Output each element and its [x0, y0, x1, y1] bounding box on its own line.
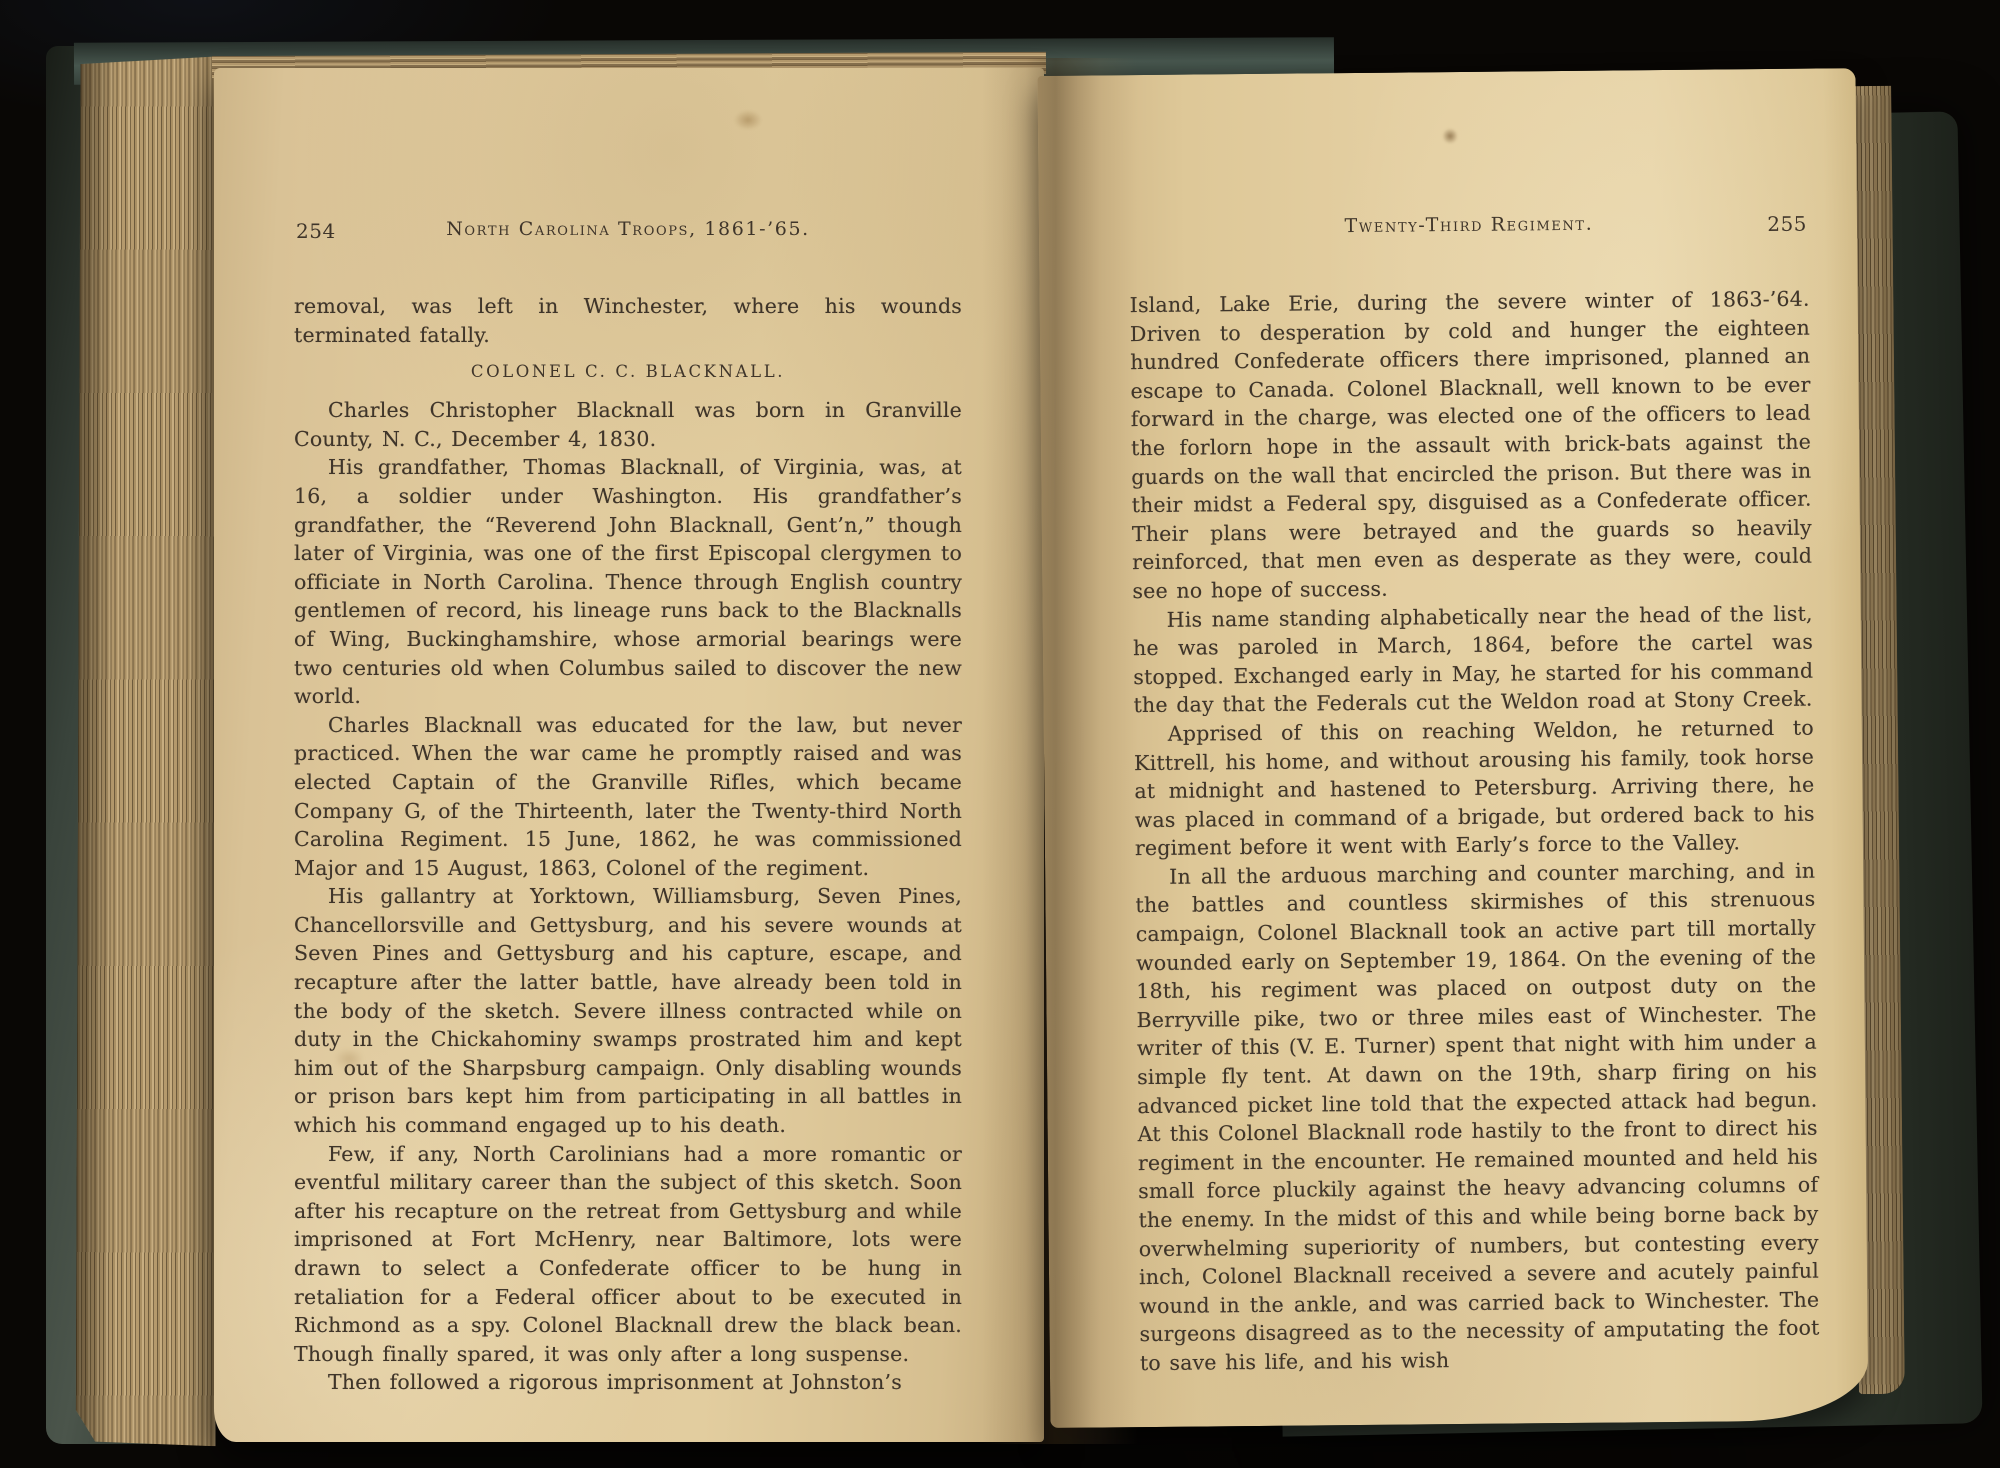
paragraph: Then followed a rigorous imprisonment at…	[294, 1368, 962, 1397]
page-edges-left	[76, 56, 221, 1446]
foxing-spot	[1442, 128, 1458, 144]
page-number-right: 255	[1767, 212, 1807, 236]
paragraph: His grandfather, Thomas Blacknall, of Vi…	[294, 453, 962, 710]
photo-background: 254 North Carolina Troops, 1861-’65. rem…	[0, 0, 2000, 1468]
page-right: Twenty-Third Regiment. 255 Island, Lake …	[1038, 68, 1869, 1428]
page-left: 254 North Carolina Troops, 1861-’65. rem…	[214, 68, 1044, 1442]
foxing-spot	[734, 110, 762, 130]
page-header-left: 254 North Carolina Troops, 1861-’65.	[294, 218, 962, 250]
page-header-right: Twenty-Third Regiment. 255	[1129, 211, 1809, 250]
running-title-left: North Carolina Troops, 1861-’65.	[294, 218, 962, 240]
paragraph: Apprised of this on reaching Weldon, he …	[1134, 714, 1815, 863]
paragraph: removal, was left in Winchester, where h…	[294, 292, 962, 349]
paragraph: Island, Lake Erie, during the severe win…	[1130, 285, 1813, 606]
running-title-right: Twenty-Third Regiment.	[1129, 211, 1809, 240]
paragraph: His name standing alphabetically near th…	[1133, 599, 1814, 720]
paragraph: Charles Christopher Blacknall was born i…	[294, 396, 962, 453]
section-heading: COLONEL C. C. BLACKNALL.	[294, 362, 962, 381]
open-book: 254 North Carolina Troops, 1861-’65. rem…	[0, 0, 2000, 1468]
paragraph: His gallantry at Yorktown, Williamsburg,…	[294, 882, 962, 1139]
paragraph: Few, if any, North Carolinians had a mor…	[294, 1140, 962, 1369]
paragraph: In all the arduous marching and counter …	[1135, 856, 1820, 1377]
page-number-left: 254	[296, 219, 336, 243]
paragraph: Charles Blacknall was educated for the l…	[294, 711, 962, 883]
